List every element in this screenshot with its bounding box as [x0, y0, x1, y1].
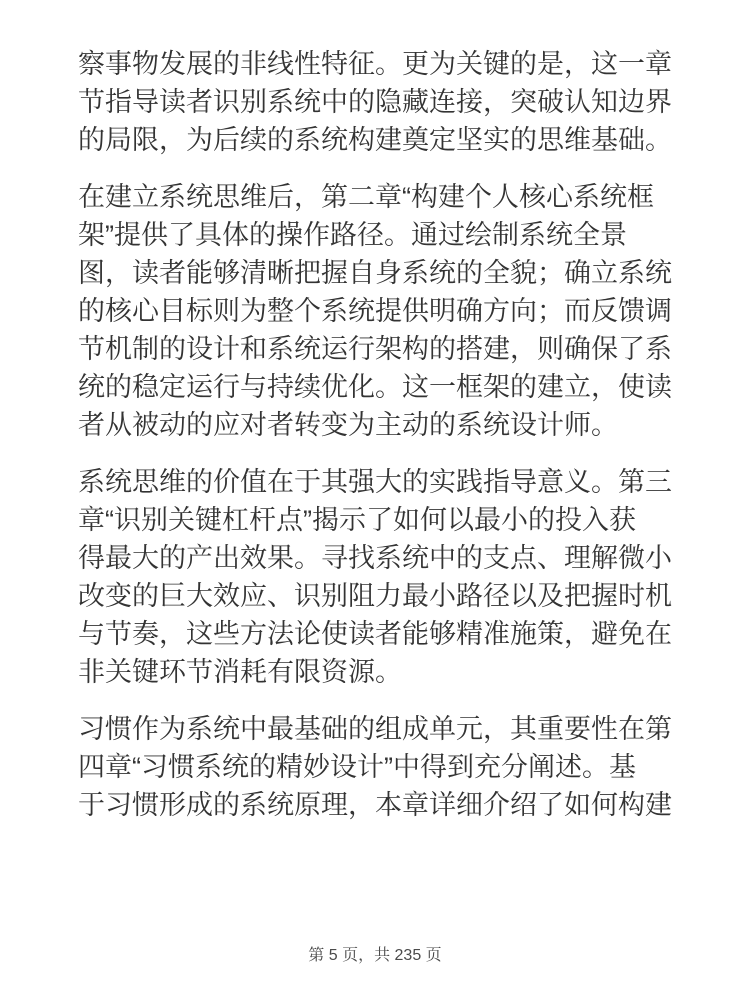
- body-paragraph: 习惯作为系统中最基础的组成单元，其重要性在第 四章“习惯系统的精妙设计”中得到充…: [78, 710, 672, 824]
- document-page: 察事物发展的非线性特征。更为关键的是，这一章 节指导读者识别系统中的隐藏连接，突…: [0, 0, 750, 1000]
- body-paragraph: 在建立系统思维后，第二章“构建个人核心系统框 架”提供了具体的操作路径。通过绘制…: [78, 178, 672, 444]
- body-paragraph: 系统思维的价值在于其强大的实践指导意义。第三 章“识别关键杠杆点”揭示了如何以最…: [78, 463, 672, 691]
- page-number-footer: 第 5 页，共 235 页: [0, 946, 750, 966]
- document-body: 察事物发展的非线性特征。更为关键的是，这一章 节指导读者识别系统中的隐藏连接，突…: [78, 45, 672, 843]
- body-paragraph: 察事物发展的非线性特征。更为关键的是，这一章 节指导读者识别系统中的隐藏连接，突…: [78, 45, 672, 159]
